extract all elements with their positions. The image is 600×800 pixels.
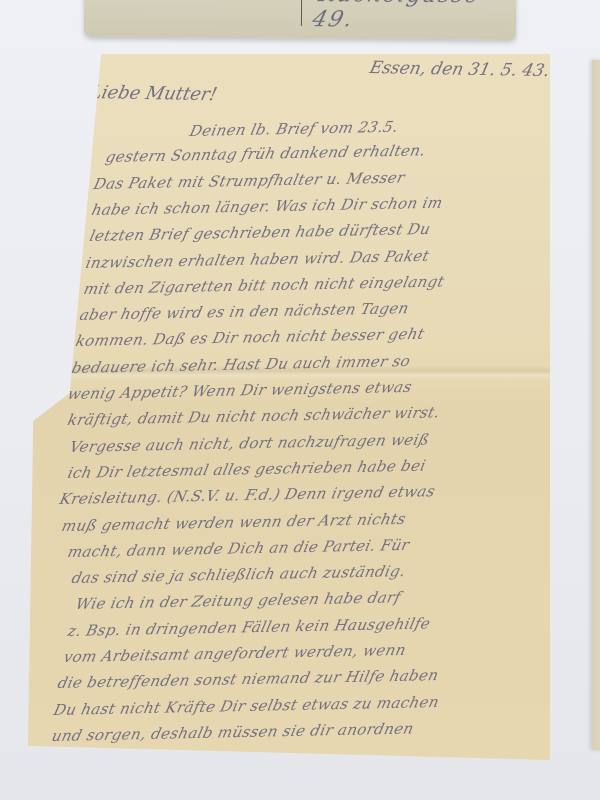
letter-line: muß gemacht werden wenn der Arzt nichts: [60, 509, 408, 534]
adjacent-page-edge: [592, 60, 600, 750]
letter-line: das sind sie ja schließlich auch zuständ…: [70, 562, 407, 587]
letter-line: kommen. Daß es Dir noch nicht besser geh…: [74, 325, 426, 350]
letter-line: Das Paket mit Strumpfhalter u. Messer: [92, 168, 407, 192]
letter-line: die betreffenden sonst niemand zur Hilfe…: [56, 666, 440, 692]
letter-line: Du hast nicht Kräfte Dir selbst etwas zu…: [52, 693, 441, 719]
letter-line: Wie ich in der Zeitung gelesen habe darf: [74, 589, 403, 614]
letter-body: Deinen lb. Brief vom 23.5.gestern Sonnta…: [28, 54, 550, 760]
letter-line: aber hoffe wird es in den nächsten Tagen: [78, 299, 411, 324]
letter-line: und sorgen, deshalb müssen sie dir anord…: [50, 719, 416, 745]
letter-line: Deinen lb. Brief vom 23.5.: [188, 118, 400, 140]
letter-line: wenig Appetit? Wenn Dir wenigstens etwas: [66, 378, 414, 403]
letter-line: z. Bsp. in dringenden Fällen kein Hausge…: [66, 614, 432, 640]
envelope: Ruckelgasse 49.: [84, 0, 516, 40]
letter-line: vom Arbeitsamt angefordert werden, wenn: [62, 641, 408, 666]
letter-line: macht, dann wende Dich an die Partei. Fü…: [66, 536, 411, 561]
letter-line: Kreisleitung. (N.S.V. u. F.d.) Denn irge…: [58, 482, 437, 508]
letter-line: kräftigt, damit Du nicht noch schwächer …: [66, 404, 442, 430]
letter-line: inzwischen erhalten haben wird. Das Pake…: [84, 246, 431, 271]
envelope-divider: [301, 0, 302, 26]
letter-line: letzten Brief geschrieben habe dürftest …: [88, 220, 432, 245]
letter-line: mit den Zigaretten bitt noch nicht einge…: [82, 272, 446, 298]
letter-line: Vergesse auch nicht, dort nachzufragen w…: [68, 430, 431, 455]
handwritten-letter: Essen, den 31. 5. 43. Liebe Mutter! Dein…: [28, 54, 550, 760]
letter-line: gestern Sonntag früh dankend erhalten.: [104, 142, 428, 167]
letter-line: bedauere ich sehr. Hast Du auch immer so: [70, 352, 412, 377]
letter-line: habe ich schon länger. Was ich Dir schon…: [90, 194, 445, 219]
envelope-address: Ruckelgasse 49.: [310, 0, 523, 33]
letter-line: ich Dir letztesmal alles geschrieben hab…: [66, 456, 428, 481]
